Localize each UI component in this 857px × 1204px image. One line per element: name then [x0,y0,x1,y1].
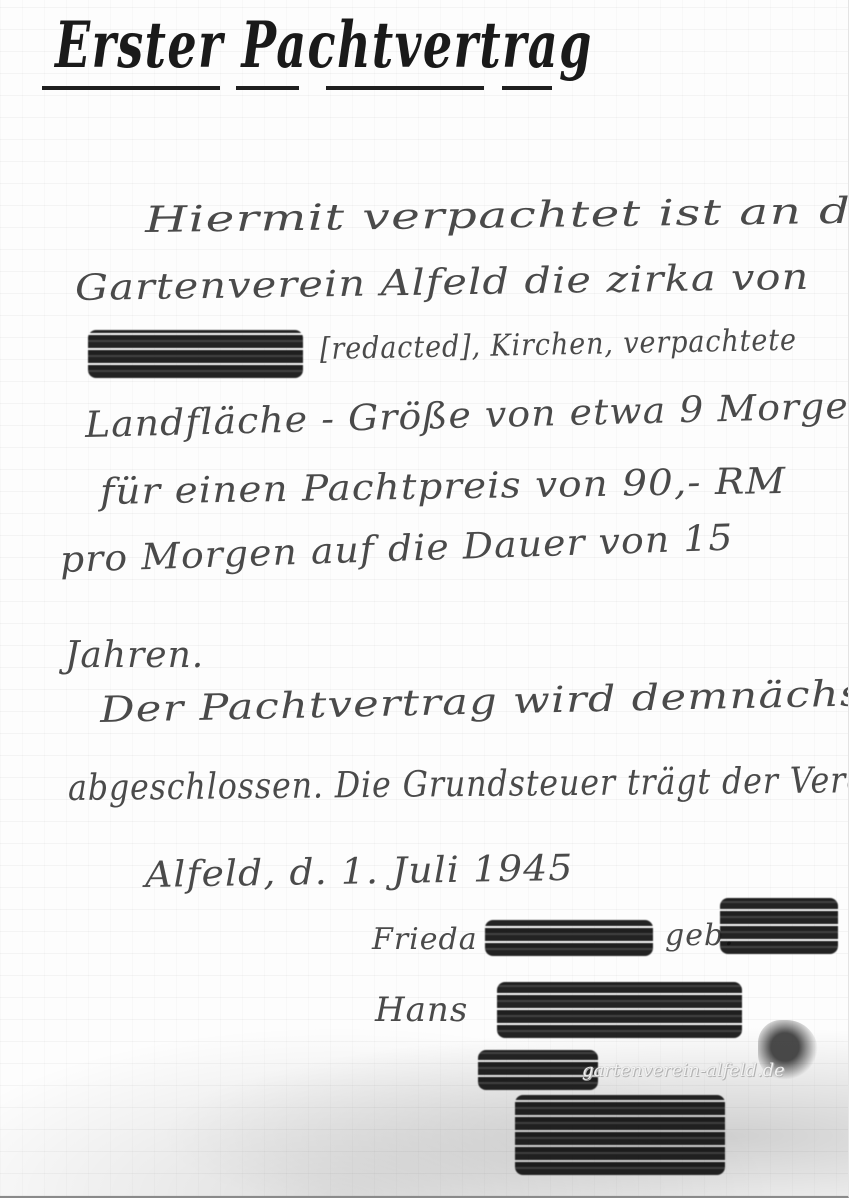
title-underline [502,86,552,90]
watermark: gartenverein-alfeld.de [582,1060,785,1081]
redaction-signature [478,1050,598,1090]
scanned-page: Erster Pachtvertrag Hiermit verpachtet i… [0,0,849,1198]
signature-prefix: Hans [375,990,468,1030]
body-line: abgeschlossen. Die Grundsteuer trägt der… [68,760,849,809]
place-date: Alfeld, d. 1. Juli 1945 [145,848,574,896]
redaction-surname [497,982,742,1038]
document-title: Erster Pachtvertrag [55,8,593,83]
body-line: Jahren. [65,635,204,676]
title-underline [42,86,220,90]
redaction-surname [485,920,653,956]
title-underline [326,86,484,90]
redaction-maiden-name [720,898,838,954]
redaction-name [88,330,303,378]
signature-prefix: Frieda [372,922,478,957]
redaction-signature [515,1095,725,1175]
title-underline [236,86,299,90]
